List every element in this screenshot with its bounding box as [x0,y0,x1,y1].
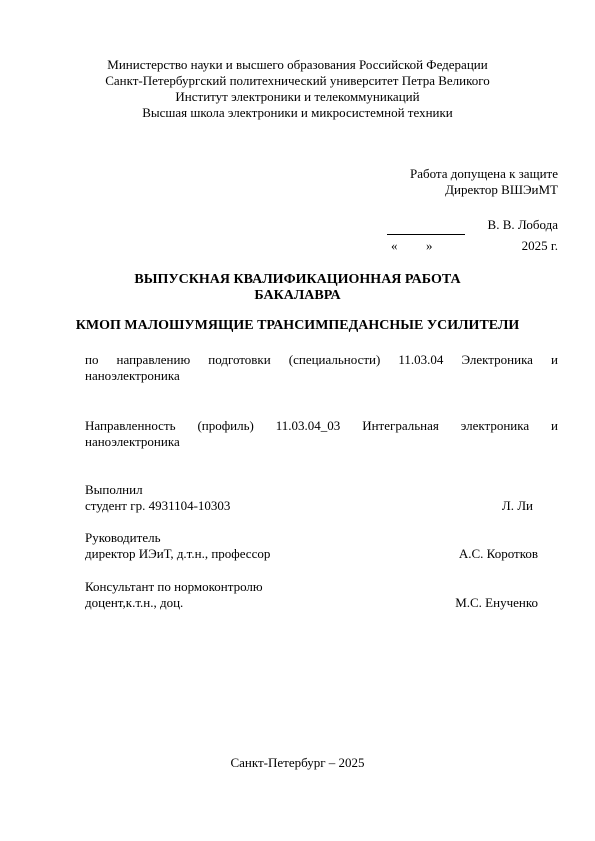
direction-line1: по направлению подготовки (специальности… [85,352,558,368]
approval-year: 2025 г. [522,238,558,254]
topic-title: КМОП МАЛОШУМЯЩИЕ ТРАНСИМПЕДАНСНЫЕ УСИЛИТ… [0,318,595,334]
student-name: Л. Ли [502,498,533,514]
approval-signer: В. В. Лобода [488,217,558,233]
consultant-role: Консультант по нормоконтролю [85,579,263,595]
consultant-detail: доцент,к.т.н., доц. [85,595,183,611]
ministry-name: Министерство науки и высшего образования… [0,57,595,73]
supervisor-role: Руководитель [85,530,161,546]
work-degree-title: БАКАЛАВРА [0,288,595,304]
approval-position: Директор ВШЭиМТ [445,182,558,198]
direction-line2: наноэлектроника [85,368,180,384]
university-name: Санкт-Петербургский политехнический унив… [0,73,595,89]
supervisor-detail: директор ИЭиТ, д.т.н., профессор [85,546,270,562]
consultant-name: М.С. Енученко [455,595,538,611]
profile-line1: Направленность (профиль) 11.03.04_03 Инт… [85,418,558,434]
supervisor-name: А.С. Коротков [459,546,538,562]
approval-admitted: Работа допущена к защите [410,166,558,182]
work-type-title: ВЫПУСКНАЯ КВАЛИФИКАЦИОННАЯ РАБОТА [0,272,595,288]
institute-name: Институт электроники и телекоммуникаций [0,89,595,105]
profile-line2: наноэлектроника [85,434,180,450]
signature-line [387,234,465,235]
city-year: Санкт-Петербург – 2025 [0,755,595,771]
school-name: Высшая школа электроники и микросистемно… [0,105,595,121]
student-detail: студент гр. 4931104-10303 [85,498,230,514]
date-quote-close: » [426,238,433,254]
student-role: Выполнил [85,482,143,498]
date-quote-open: « [391,238,398,254]
